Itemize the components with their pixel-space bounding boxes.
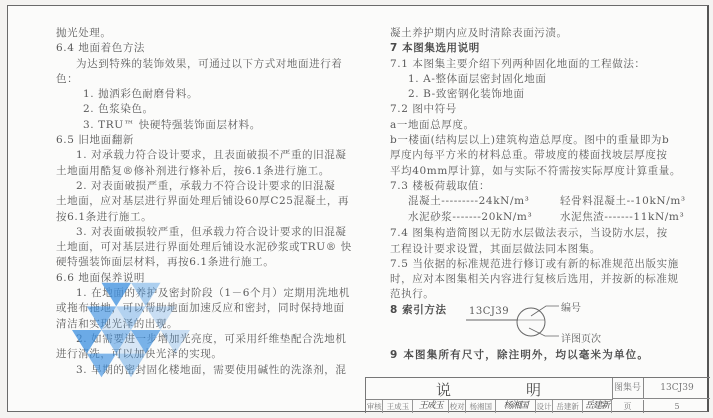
list-item: 1. A-整体面层密封固化地面	[390, 72, 710, 87]
title-block: 说 明 图集号 13CJ39 审核 王成玉 王成玉 校对 杨湘国 杨湘国 设计 …	[365, 377, 710, 413]
atlas-code-label: 13CJ39	[469, 306, 509, 317]
design-label: 设计	[536, 400, 553, 413]
section-heading-7-2: 7.2 图中符号	[390, 102, 710, 117]
text-line: b一楼面(结构层以上)建筑构造总厚度。图中的重量即为b	[390, 133, 710, 148]
detail-page-label: 详图页次	[561, 330, 601, 345]
reviewer-signature: 王成玉	[413, 400, 449, 413]
text-line: 2. 对表面破损严重，承载力不符合设计要求的旧混凝	[56, 179, 356, 194]
reviewer-name: 王成玉	[383, 400, 413, 413]
text-line: a一地面总厚度。	[390, 118, 710, 133]
text-line: 土地面用酷复®修补剂进行修补后，按6.1条进行施工。	[56, 164, 356, 179]
text-line: 时，应对本图集相关内容进行复核后选用，并按新的标准规	[390, 272, 710, 287]
text-line: 3. 早期的密封固化楼地面，需要使用碱性的洗涤剂，混	[56, 363, 356, 378]
review-label: 审核	[366, 400, 383, 413]
text-line: 1. 对承载力符合设计要求，且表面破损不严重的旧混凝	[56, 148, 356, 163]
text-line: 色：	[56, 72, 356, 87]
section-heading-6-4: 6.4 地面着色方法	[56, 41, 356, 56]
text-line: 1. 在地面的养护及密封阶段（1－6个月）定期用洗地机	[56, 286, 356, 301]
text-line: 2. 如需要进一步增加光亮度，可采用纤维垫配合洗地机	[56, 332, 356, 347]
page-number: 5	[644, 400, 710, 413]
load-row: 混凝土---------24kN/m³ 轻骨料混凝土--10kN/m³	[390, 194, 710, 210]
text-line: 工程设计要求设置，其面层做法同本图集。	[390, 242, 710, 257]
section-heading-9: 9 本图集所有尺寸，除注明外，均以毫米为单位。	[390, 348, 710, 363]
section-heading-6-5: 6.5 旧地面翻新	[56, 133, 356, 148]
section-heading-7-3: 7.3 楼板荷载取值：	[390, 179, 710, 194]
title-char: 明	[526, 379, 541, 400]
drawing-sheet: 抛光处理。 6.4 地面着色方法 为达到特殊的装饰效果，可通过以下方式对地面进行…	[7, 5, 709, 412]
signature-row: 审核 王成玉 王成玉 校对 杨湘国 杨湘国 设计 岳建新 岳建新	[366, 400, 612, 413]
index-symbol-diagram: 13CJ39 编号 详图页次	[441, 296, 601, 346]
section-heading-7: 7 本图集选用说明	[390, 41, 710, 56]
load-value: 水泥焦渣-------11kN/m³	[560, 210, 684, 226]
list-item: 2. 色浆染色。	[56, 102, 356, 117]
load-value: 轻骨料混凝土--10kN/m³	[560, 194, 686, 210]
text-line: 为达到特殊的装饰效果，可通过以下方式对地面进行着	[56, 57, 356, 72]
load-row: 水泥砂浆-------20kN/m³ 水泥焦渣-------11kN/m³	[390, 210, 710, 226]
checker-signature: 杨湘国	[496, 400, 536, 413]
load-value: 水泥砂浆-------20kN/m³	[408, 210, 560, 226]
list-item: 1. 抛洒彩色耐磨骨料。	[56, 87, 356, 102]
text-line: 按6.1条进行施工。	[56, 210, 356, 225]
text-line: 7.4 图集构造简图以无防水层做法表示，当设防水层，按	[390, 226, 710, 241]
text-line: 硬特强装饰面层材料，再按6.1条进行施工。	[56, 255, 356, 270]
checker-name: 杨湘国	[466, 400, 496, 413]
text-line: 7.5 当依据的标准规范进行修订或有新的标准规范出版实施	[390, 257, 710, 272]
index-number-label: 编号	[561, 299, 581, 314]
page-label: 页	[612, 400, 644, 413]
left-column: 抛光处理。 6.4 地面着色方法 为达到特殊的装饰效果，可通过以下方式对地面进行…	[56, 26, 356, 378]
atlas-number-label: 图集号	[612, 378, 644, 399]
load-value: 混凝土---------24kN/m³	[408, 194, 560, 210]
text-line: 3. 对表面破损较严重，但承载力符合设计要求的旧混凝	[56, 225, 356, 240]
section-heading-6-6: 6.6 地面保养说明	[56, 271, 356, 286]
list-item: 2. B-致密钢化装饰地面	[390, 87, 710, 102]
designer-name: 岳建新	[553, 400, 583, 413]
text-line: 平均40mm厚计算，如与实际不符需按实际厚度计算重量。	[390, 164, 710, 179]
atlas-number: 13CJ39	[644, 378, 710, 399]
check-label: 校对	[449, 400, 466, 413]
text-line: 凝土养护期内应及时清除表面污渍。	[390, 26, 710, 41]
text-line: 进行清洗，可以加快光泽的实现。	[56, 347, 356, 362]
text-line: 7.1 本图集主要介绍下列两种固化地面的工程做法：	[390, 57, 710, 72]
text-line: 土地面，应对基层进行界面处理后铺设60厚C25混凝土，再	[56, 194, 356, 209]
text-line: 厚度内每平方米的材料总重。带坡度的楼面找坡层厚度按	[390, 148, 710, 163]
text-line: 或拖布拖地，可以帮助地面加速反应和密封，同时保持地面	[56, 301, 356, 316]
title-char: 说	[436, 379, 451, 400]
list-item: 3. TRU™ 快硬特强装饰面层材料。	[56, 118, 356, 133]
title-block-title: 说 明	[366, 378, 613, 400]
text-line: 清洁和实现光泽的出现。	[56, 317, 356, 332]
text-line: 抛光处理。	[56, 26, 356, 41]
text-line: 土地面，可对基层进行界面处理后铺设水泥砂浆或TRU® 快	[56, 240, 356, 255]
designer-signature: 岳建新	[583, 400, 612, 413]
